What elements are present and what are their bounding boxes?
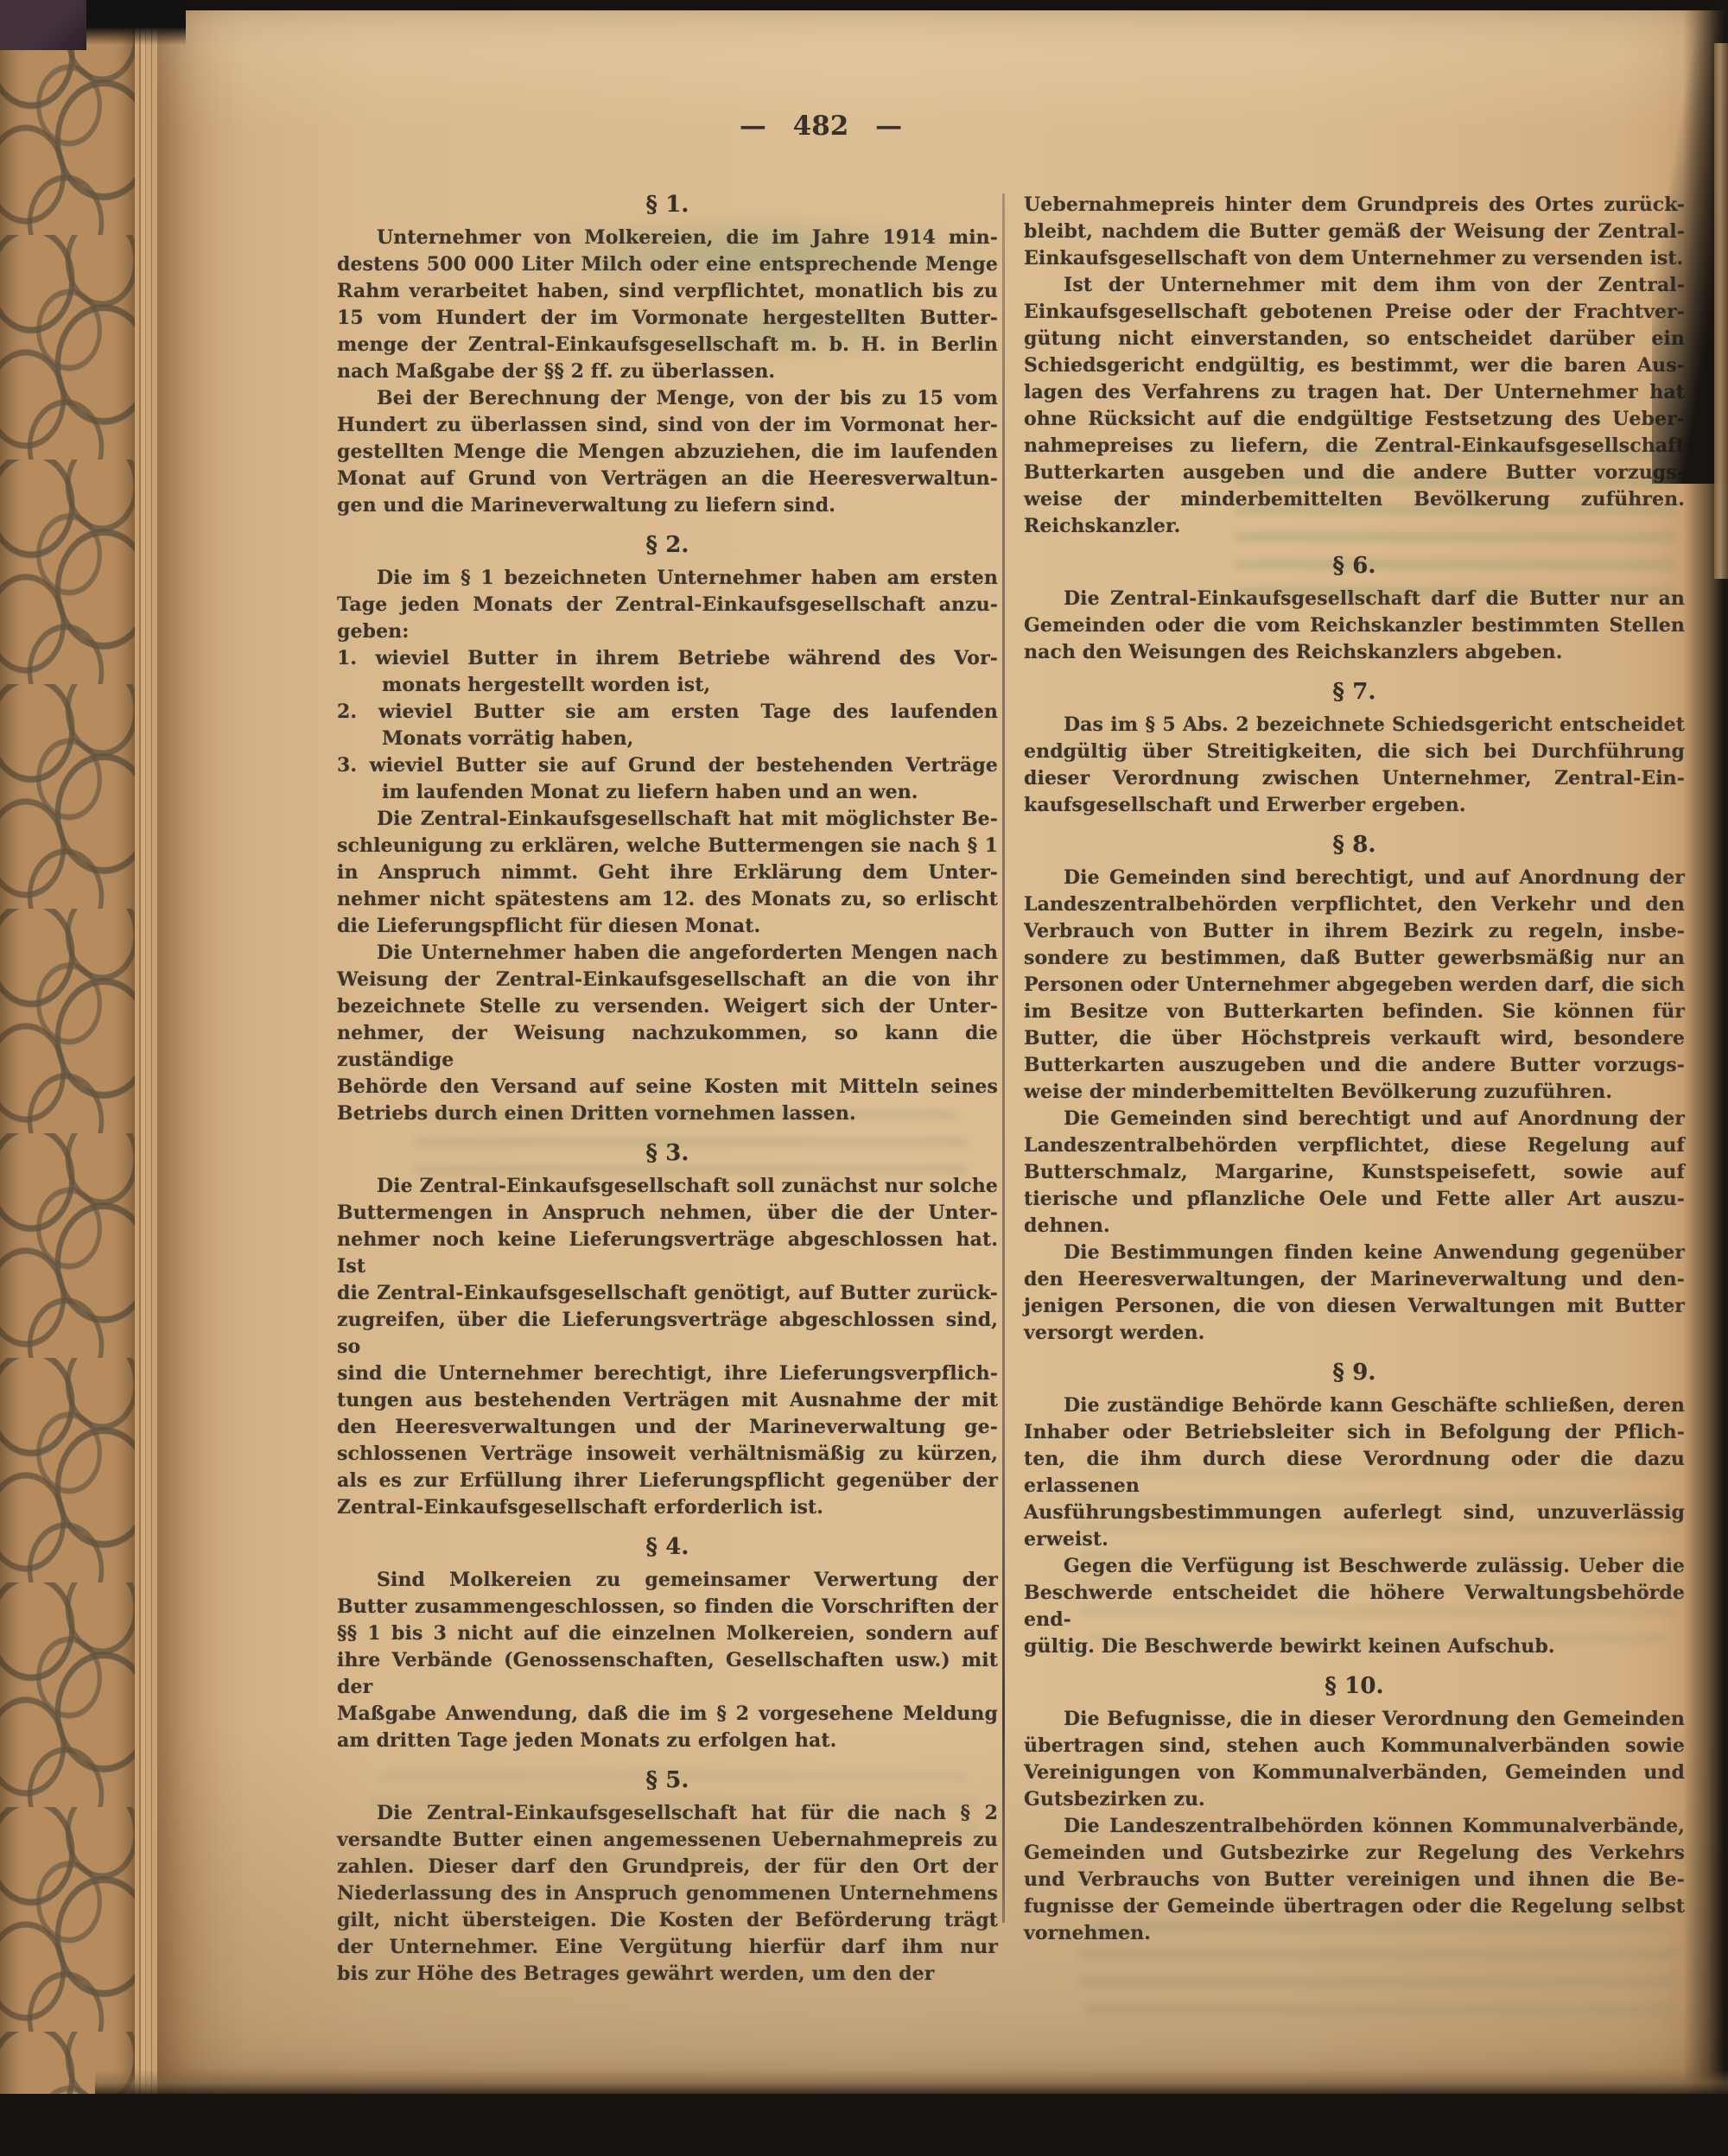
text-line: Landeszentralbehörden verpflichtet, dies… [1024, 1132, 1685, 1159]
text-line: Butterkarten ausgeben und die andere But… [1024, 460, 1685, 486]
text-line: nach den Weisungen des Reichskanzlers ab… [1024, 639, 1685, 666]
text-line: Verbrauch von Butter in ihrem Bezirk zu … [1024, 918, 1685, 945]
text-line: dieser Verordnung zwischen Unternehmer, … [1024, 765, 1685, 792]
text-line: bis zur Höhe des Betrages gewährt werden… [337, 1961, 998, 1988]
text-line: die Zentral-Einkaufsgesellschaft genötig… [337, 1280, 998, 1307]
text-line: Schiedsgericht endgültig, es bestimmt, w… [1024, 352, 1685, 379]
text-line: geben: [337, 618, 998, 645]
text-line: destens 500 000 Liter Milch oder eine en… [337, 251, 998, 278]
section-heading: § 2. [337, 532, 998, 559]
section-heading: § 8. [1024, 832, 1685, 859]
text-line: Niederlassung des in Anspruch genommenen… [337, 1880, 998, 1907]
paragraph: Gegen die Verfügung ist Beschwerde zuläs… [1024, 1553, 1685, 1660]
text-line: Die Zentral-Einkaufsgesellschaft hat für… [337, 1800, 998, 1827]
text-line: Die Bestimmungen finden keine Anwendung … [1024, 1240, 1685, 1266]
text-line: ohne Rücksicht auf die endgültige Festse… [1024, 406, 1685, 433]
text-line: lagen des Verfahrens zu tragen hat. Der … [1024, 379, 1685, 406]
text-line: Reichskanzler. [1024, 513, 1685, 540]
text-line: Hundert zu überlassen sind, sind von der… [337, 412, 998, 439]
paragraph: Die zuständige Behörde kann Geschäfte sc… [1024, 1392, 1685, 1553]
text-line: §§ 1 bis 3 nicht auf die einzelnen Molke… [337, 1620, 998, 1647]
text-line: Rahm verarbeitet haben, sind verpflichte… [337, 278, 998, 305]
binding-cloth-corner [0, 0, 86, 50]
text-line: Behörde den Versand auf seine Kosten mit… [337, 1074, 998, 1100]
paragraph: Unternehmer von Molkereien, die im Jahre… [337, 225, 998, 385]
text-line: gilt, nicht übersteigen. Die Kosten der … [337, 1907, 998, 1934]
paragraph: Die Zentral-Einkaufsgesellschaft hat für… [337, 1800, 998, 1988]
text-line: zahlen. Dieser darf den Grundpreis, der … [337, 1854, 998, 1880]
text-line: Die Unternehmer haben die angeforderten … [337, 940, 998, 967]
paragraph: Die Landeszentralbehörden können Kommuna… [1024, 1813, 1685, 1947]
text-line: Zentral-Einkaufsgesellschaft erforderlic… [337, 1494, 998, 1521]
text-line: Butter zusammengeschlossen, so finden di… [337, 1594, 998, 1620]
section-heading: § 5. [337, 1767, 998, 1794]
section-heading: § 4. [337, 1534, 998, 1561]
text-line: Das im § 5 Abs. 2 bezeichnete Schiedsger… [1024, 712, 1685, 739]
paragraph: Die Befugnisse, die in dieser Verordnung… [1024, 1706, 1685, 1813]
section-heading: § 10. [1024, 1673, 1685, 1700]
text-line: nehmer, der Weisung nachzukommen, so kan… [337, 1020, 998, 1074]
text-line: weise der minderbemittelten Bevölkerung … [1024, 1079, 1685, 1106]
page-number: — 482 — [648, 111, 994, 142]
scan-background-top [0, 0, 1728, 10]
column-divider-rule [1002, 193, 1005, 1923]
text-line: kaufsgesellschaft und Erwerber ergeben. [1024, 792, 1685, 819]
text-line: Butter, die über Höchstpreis verkauft wi… [1024, 1025, 1685, 1052]
text-line: 3. wieviel Butter sie auf Grund der best… [382, 752, 998, 779]
text-line: Tage jeden Monats der Zentral-Einkaufsge… [337, 592, 998, 618]
text-line: im Besitze von Butterkarten befinden. Si… [1024, 999, 1685, 1025]
text-line: Maßgabe Anwendung, daß die im § 2 vorges… [337, 1701, 998, 1728]
text-line: nehmer noch keine Lieferungsverträge abg… [337, 1227, 998, 1280]
text-line: dehnen. [1024, 1213, 1685, 1240]
text-line: ten, die ihm durch diese Verordnung oder… [1024, 1446, 1685, 1500]
text-line: nehmer nicht spätestens am 12. des Monat… [337, 886, 998, 913]
text-line: vornehmen. [1024, 1920, 1685, 1947]
text-line: Landeszentralbehörden verpflichtet, den … [1024, 891, 1685, 918]
text-line: Buttermengen in Anspruch nehmen, über di… [337, 1200, 998, 1227]
right-column: Uebernahmepreis hinter dem Grundpreis de… [1024, 192, 1685, 1947]
text-line: den Heeresverwaltungen, der Marineverwal… [1024, 1266, 1685, 1293]
paragraph: Die Zentral-Einkaufsgesellschaft darf di… [1024, 586, 1685, 666]
text-line: tierische und pflanzliche Oele und Fette… [1024, 1186, 1685, 1213]
scan-background-bottom [0, 2094, 1728, 2156]
text-line: sind die Unternehmer berechtigt, ihre Li… [337, 1360, 998, 1387]
text-line: gütung nicht einverstanden, so entscheid… [1024, 326, 1685, 352]
text-line: als es zur Erfüllung ihrer Lieferungspfl… [337, 1468, 998, 1494]
text-line: Betriebs durch einen Dritten vornehmen l… [337, 1100, 998, 1127]
text-line: Die Zentral-Einkaufsgesellschaft darf di… [1024, 586, 1685, 612]
text-line: Gemeinden und Gutsbezirke zur Regelung d… [1024, 1840, 1685, 1867]
text-line: Einkaufsgesellschaft von dem Unternehmer… [1024, 245, 1685, 272]
text-line: versandte Butter einen angemessenen Uebe… [337, 1827, 998, 1854]
text-line: nahmepreises zu liefern, die Zentral-Ein… [1024, 433, 1685, 460]
text-line: sondere zu bestimmen, daß Butter gewerbs… [1024, 945, 1685, 972]
text-line: Die Befugnisse, die in dieser Verordnung… [1024, 1706, 1685, 1733]
text-line: Die Gemeinden sind berechtigt und auf An… [1024, 1106, 1685, 1132]
paragraph: Sind Molkereien zu gemeinsamer Verwertun… [337, 1567, 998, 1754]
text-line: Gemeinden oder die vom Reichskanzler bes… [1024, 612, 1685, 639]
text-line: Personen oder Unternehmer abgegeben werd… [1024, 972, 1685, 999]
text-line: Die Gemeinden sind berechtigt, und auf A… [1024, 865, 1685, 891]
paragraph: Ist der Unternehmer mit dem ihm von der … [1024, 272, 1685, 540]
text-line: endgültig über Streitigkeiten, die sich … [1024, 739, 1685, 765]
section-heading: § 3. [337, 1140, 998, 1167]
text-line: Vereinigungen von Kommunalverbänden, Gem… [1024, 1760, 1685, 1786]
paragraph: Uebernahmepreis hinter dem Grundpreis de… [1024, 192, 1685, 272]
text-line: Monats vorrätig haben, [382, 726, 998, 752]
paragraph: Das im § 5 Abs. 2 bezeichnete Schiedsger… [1024, 712, 1685, 819]
paragraph: Die Bestimmungen finden keine Anwendung … [1024, 1240, 1685, 1347]
text-line: Die im § 1 bezeichneten Unternehmer habe… [337, 565, 998, 592]
list-item: 2. wieviel Butter sie am ersten Tage des… [337, 699, 998, 752]
text-line: Uebernahmepreis hinter dem Grundpreis de… [1024, 192, 1685, 219]
text-line: Unternehmer von Molkereien, die im Jahre… [337, 225, 998, 251]
text-line: bleibt, nachdem die Butter gemäß der Wei… [1024, 219, 1685, 245]
text-line: im laufenden Monat zu liefern haben und … [382, 779, 998, 806]
list-item: 1. wieviel Butter in ihrem Betriebe währ… [337, 645, 998, 699]
text-line: nach Maßgabe der §§ 2 ff. zu überlassen. [337, 358, 998, 385]
text-line: Monat auf Grund von Verträgen an die Hee… [337, 466, 998, 492]
text-line: schlossenen Verträge insoweit verhältnis… [337, 1441, 998, 1468]
section-heading: § 1. [337, 192, 998, 219]
text-line: am dritten Tage jeden Monats zu erfolgen… [337, 1728, 998, 1754]
text-line: Sind Molkereien zu gemeinsamer Verwertun… [337, 1567, 998, 1594]
text-line: Beschwerde entscheidet die höhere Verwal… [1024, 1580, 1685, 1633]
text-line: Einkaufsgesellschaft gebotenen Preise od… [1024, 299, 1685, 326]
section-heading: § 7. [1024, 679, 1685, 706]
paragraph: Bei der Berechnung der Menge, von der bi… [337, 385, 998, 519]
text-line: gültig. Die Beschwerde bewirkt keinen Au… [1024, 1633, 1685, 1660]
text-line: übertragen sind, stehen auch Kommunalver… [1024, 1733, 1685, 1760]
text-line: gen und die Marineverwaltung zu liefern … [337, 492, 998, 519]
text-line: und Verbrauchs von Butter vereinigen und… [1024, 1867, 1685, 1893]
text-line: Bei der Berechnung der Menge, von der bi… [337, 385, 998, 412]
paragraph: Die Zentral-Einkaufsgesellschaft soll zu… [337, 1173, 998, 1521]
page-edge-stack [135, 10, 157, 2108]
adjacent-page-sliver [1714, 43, 1728, 579]
text-line: der Unternehmer. Eine Vergütung hierfür … [337, 1934, 998, 1961]
text-line: in Anspruch nimmt. Geht ihre Erklärung d… [337, 859, 998, 886]
left-column: § 1.Unternehmer von Molkereien, die im J… [337, 192, 998, 1988]
text-line: fugnisse der Gemeinde übertragen oder di… [1024, 1893, 1685, 1920]
text-line: jenigen Personen, die von diesen Verwalt… [1024, 1293, 1685, 1320]
text-line: monats hergestellt worden ist, [382, 672, 998, 699]
text-line: Weisung der Zentral-Einkaufsgesellschaft… [337, 967, 998, 993]
paragraph: Die Unternehmer haben die angeforderten … [337, 940, 998, 1127]
text-line: 2. wieviel Butter sie am ersten Tage des… [382, 699, 998, 726]
text-line: 1. wieviel Butter in ihrem Betriebe währ… [382, 645, 998, 672]
text-line: Die zuständige Behörde kann Geschäfte sc… [1024, 1392, 1685, 1419]
text-line: gestellten Menge die Mengen abzuziehen, … [337, 439, 998, 466]
text-line: Butterschmalz, Margarine, Kunstspeisefet… [1024, 1159, 1685, 1186]
book-spine-marbled-edge [0, 10, 135, 2111]
text-line: Butterkarten auszugeben und die andere B… [1024, 1052, 1685, 1079]
text-line: versorgt werden. [1024, 1320, 1685, 1347]
text-line: Ausführungsbestimmungen auferlegt sind, … [1024, 1500, 1685, 1526]
text-line: weise der minderbemittelten Bevölkerung … [1024, 486, 1685, 513]
scanned-book-page: — 482 — § 1.Unternehmer von Molkereien, … [0, 0, 1728, 2156]
paragraph: Die Gemeinden sind berechtigt und auf An… [1024, 1106, 1685, 1240]
text-line: Ist der Unternehmer mit dem ihm von der … [1024, 272, 1685, 299]
text-line: bezeichnete Stelle zu versenden. Weigert… [337, 993, 998, 1020]
list-item: 3. wieviel Butter sie auf Grund der best… [337, 752, 998, 806]
text-line: Die Zentral-Einkaufsgesellschaft soll zu… [337, 1173, 998, 1200]
text-line: ihre Verbände (Genossenschaften, Gesells… [337, 1647, 998, 1701]
text-line: den Heeresverwaltungen und der Marinever… [337, 1414, 998, 1441]
text-line: menge der Zentral-Einkaufsgesellschaft m… [337, 332, 998, 358]
text-line: Gegen die Verfügung ist Beschwerde zuläs… [1024, 1553, 1685, 1580]
section-heading: § 9. [1024, 1360, 1685, 1386]
section-heading: § 6. [1024, 553, 1685, 580]
text-line: Inhaber oder Betriebsleiter sich in Befo… [1024, 1419, 1685, 1446]
paragraph: Die Gemeinden sind berechtigt, und auf A… [1024, 865, 1685, 1106]
text-line: Die Landeszentralbehörden können Kommuna… [1024, 1813, 1685, 1840]
text-line: erweist. [1024, 1526, 1685, 1553]
text-line: Gutsbezirken zu. [1024, 1786, 1685, 1813]
text-line: zugreifen, über die Lieferungsverträge a… [337, 1307, 998, 1360]
text-line: 15 vom Hundert der im Vormonate hergeste… [337, 305, 998, 332]
text-line: Die Zentral-Einkaufsgesellschaft hat mit… [337, 806, 998, 833]
paragraph: Die im § 1 bezeichneten Unternehmer habe… [337, 565, 998, 645]
text-line: schleunigung zu erklären, welche Butterm… [337, 833, 998, 859]
text-line: tungen aus bestehenden Verträgen mit Aus… [337, 1387, 998, 1414]
text-line: die Lieferungspflicht für diesen Monat. [337, 913, 998, 940]
paragraph: Die Zentral-Einkaufsgesellschaft hat mit… [337, 806, 998, 940]
